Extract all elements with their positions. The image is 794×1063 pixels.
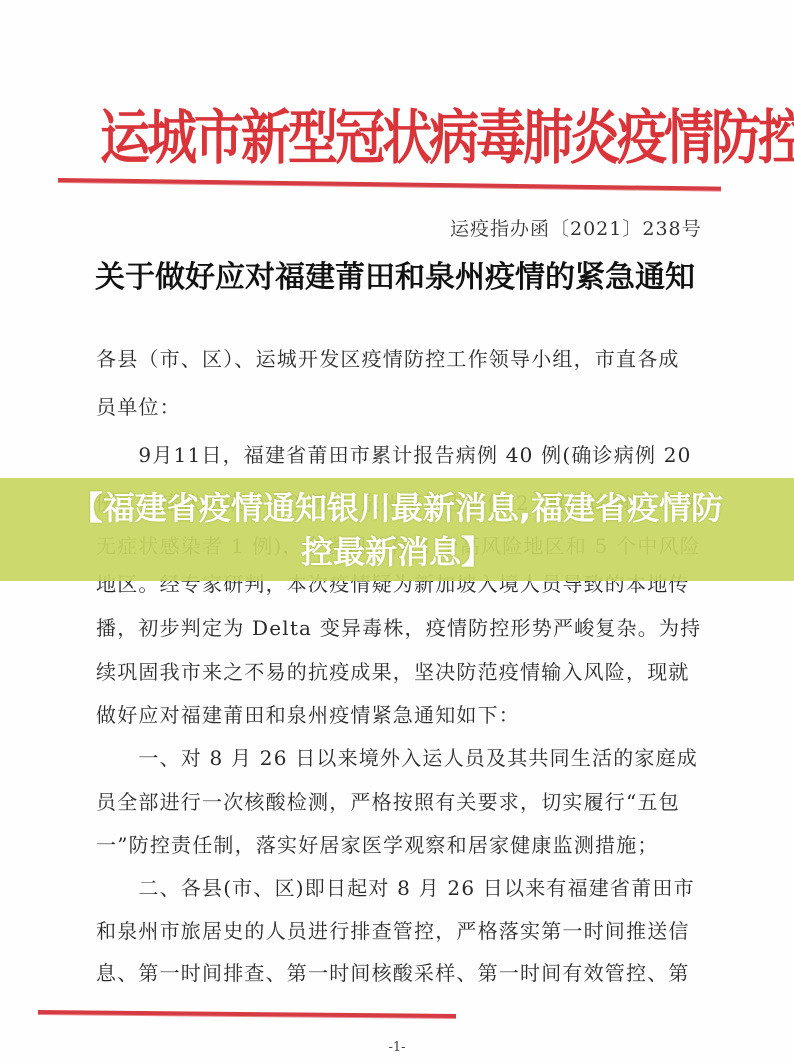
body-line: 和泉州市旅居史的人员进行排查管控，严格落实第一时间推送信 (96, 915, 696, 944)
body-line: 续巩固我市来之不易的抗疫成果，坚决防范疫情输入风险，现就 (96, 656, 696, 685)
body-line: 一、对 8 月 26 日以来境外入运人员及其共同生活的家庭成 (96, 742, 696, 771)
overlay-banner-line-1: 【福建省疫情通知银川最新消息,福建省疫情防 (0, 486, 794, 530)
org-header: 运城市新型冠状病毒肺炎疫情防控指挥部办公室 (100, 88, 710, 187)
body-line: 一”防控责任制，落实好居家医学观察和居家健康监测措施； (96, 829, 696, 858)
footer-red-rule (38, 1010, 456, 1018)
body-line: 各县（市、区）、运城开发区疫情防控工作领导小组，市直各成 (96, 343, 696, 372)
document-number: 运疫指办函〔2021〕238号 (450, 214, 702, 241)
body-line: 播，初步判定为 Delta 变异毒株，疫情防控形势严峻复杂。为持 (96, 612, 696, 641)
body-line: 员单位： (96, 391, 696, 420)
body-line: 二、各县(市、区)即日起对 8 月 26 日以来有福建省莆田市 (96, 872, 696, 901)
body-line: 做好应对福建莆田和泉州疫情紧急通知如下： (96, 699, 696, 728)
body-line: 员全部进行一次核酸检测，严格按照有关要求，切实履行“五包 (96, 786, 696, 815)
body-line: 9月11日，福建省莆田市累计报告病例 40 例(确诊病例 20 (96, 439, 696, 468)
page-number: -1- (0, 1040, 794, 1055)
overlay-banner-line-2: 控最新消息】 (0, 530, 794, 574)
document-title: 关于做好应对福建莆田和泉州疫情的紧急通知 (95, 252, 695, 296)
overlay-banner-title: 【福建省疫情通知银川最新消息,福建省疫情防 控最新消息】 (0, 486, 794, 574)
body-line: 息、第一时间排查、第一时间核酸采样、第一时间有效管控、第 (96, 957, 696, 986)
